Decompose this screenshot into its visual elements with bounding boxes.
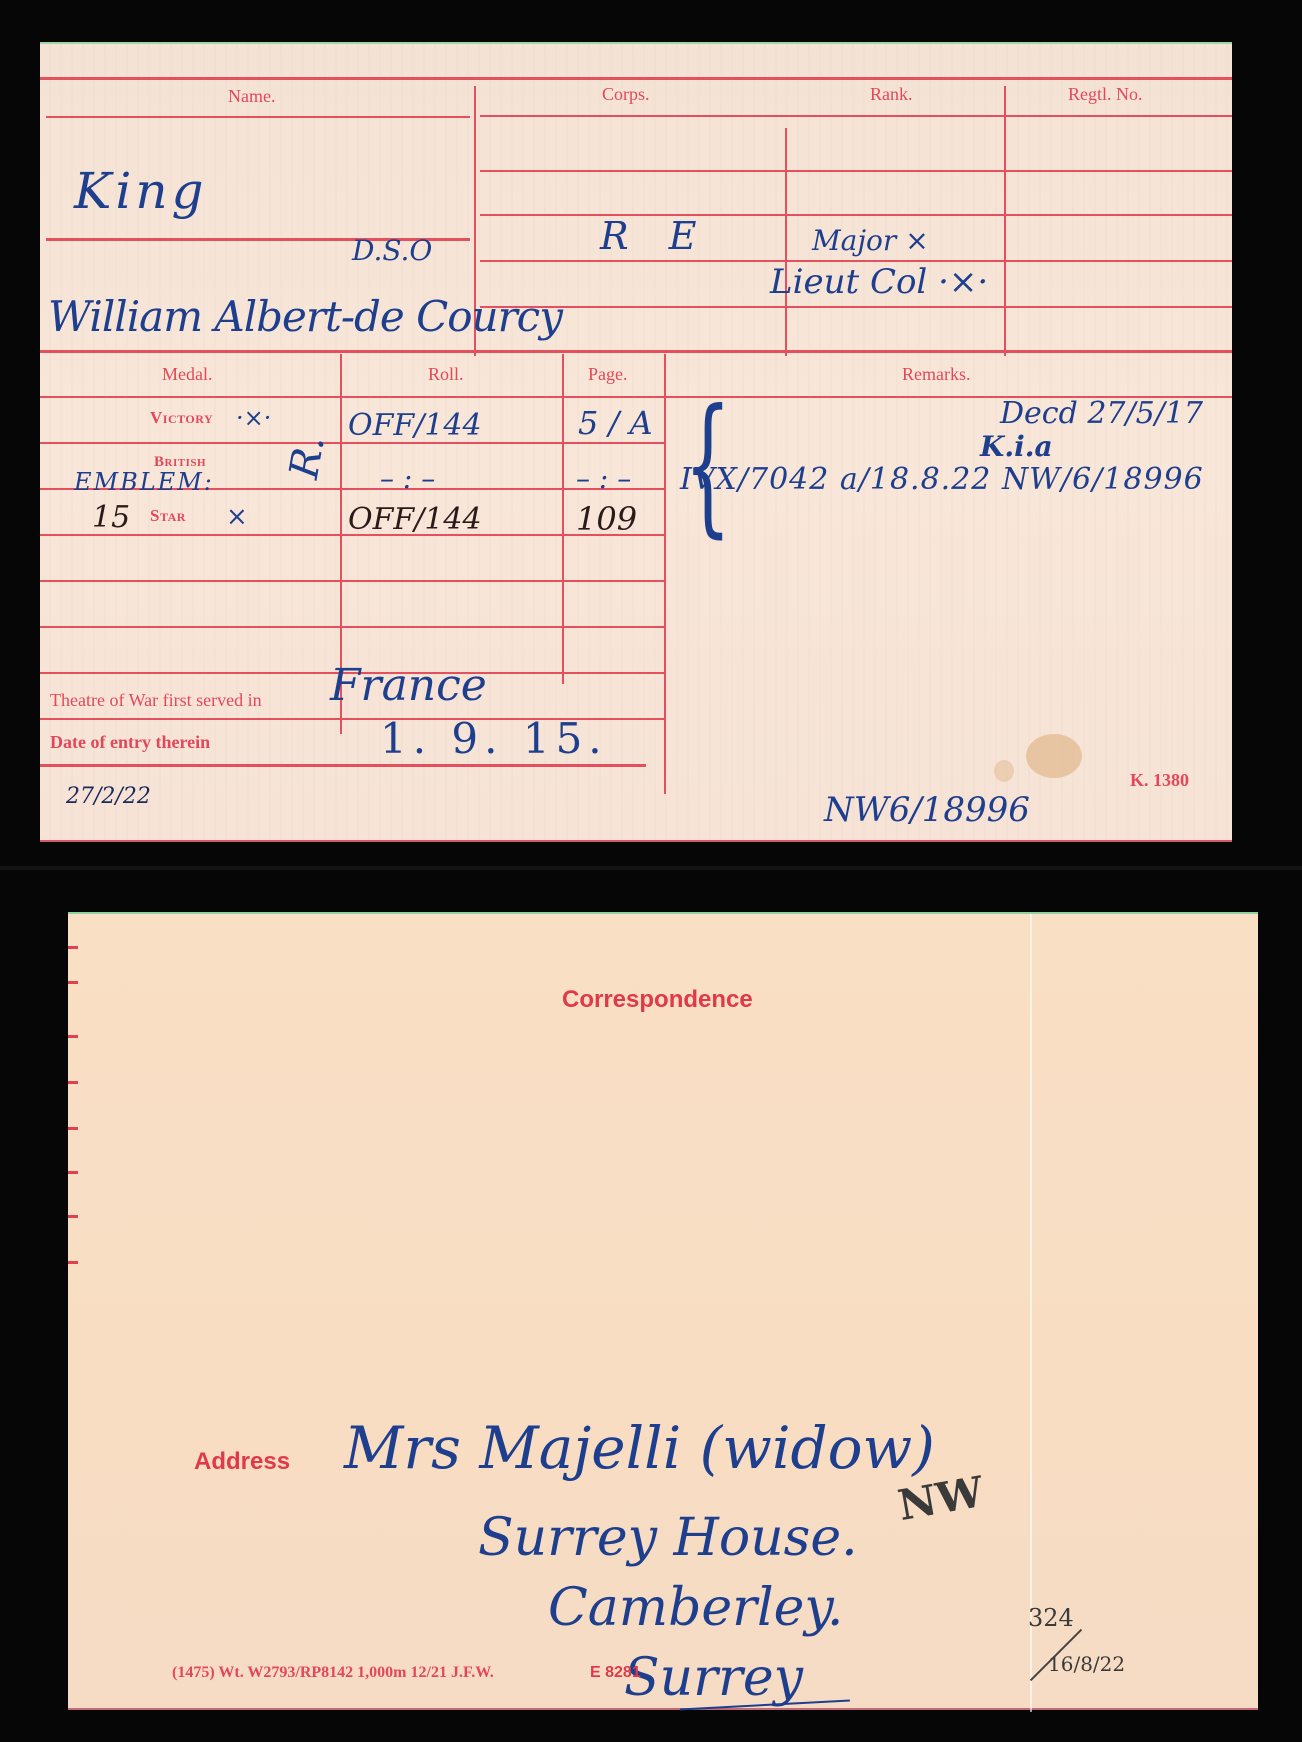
side-annotation: R.	[281, 432, 334, 482]
panel-divider	[0, 866, 1302, 870]
theatre-value: France	[330, 660, 487, 711]
header-roll: Roll.	[428, 364, 464, 385]
margin-tick	[68, 1171, 78, 1174]
medal-victory-label: Victory	[150, 408, 213, 428]
stain-small	[994, 760, 1014, 782]
grid-rule-1	[480, 115, 1232, 117]
medal-british-roll: – : –	[380, 462, 435, 495]
margin-tick	[68, 981, 78, 984]
medal-index-card: Name. Corps. Rank. Regtl. No. King D.S.O…	[40, 42, 1232, 842]
medal-star-prefix: 15	[92, 500, 130, 535]
medal-rule-5	[40, 626, 664, 628]
grid-rule-2	[480, 170, 1232, 172]
remarks-line-1: Decd 27/5/17	[1000, 396, 1203, 431]
margin-tick	[68, 1035, 78, 1038]
medal-rule-4	[40, 580, 664, 582]
divider-rank-regtl	[1004, 86, 1006, 356]
medal-victory-page: 5 / A	[578, 404, 653, 442]
divider-corps-rank	[785, 128, 787, 356]
medal-victory-mark: ·×·	[236, 404, 271, 432]
name-rule-1	[46, 116, 470, 118]
medal-star-label: Star	[150, 506, 186, 526]
medal-victory-roll: OFF/144	[348, 408, 482, 443]
top-rule	[40, 77, 1232, 80]
surname: King	[74, 162, 208, 220]
correspondence-card: Correspondence Address Mrs Majelli (wido…	[68, 912, 1258, 1710]
header-corps: Corps.	[602, 84, 650, 105]
pencil-note-top: 324	[1028, 1604, 1074, 1632]
address-line-1: Mrs Majelli (widow)	[344, 1414, 935, 1482]
fold-line	[1030, 914, 1032, 1712]
margin-tick	[68, 946, 78, 949]
footer-reference: NW6/18996	[824, 790, 1030, 830]
medal-rule-8	[40, 764, 646, 767]
date-entry-label: Date of entry therein	[50, 732, 210, 753]
stain	[1026, 734, 1082, 778]
medal-star-roll: OFF/144	[348, 502, 482, 537]
medal-british-page: – : –	[576, 462, 631, 495]
grid-rule-3	[480, 214, 1232, 216]
header-rank: Rank.	[870, 84, 913, 105]
printer-line: (1475) Wt. W2793/RP8142 1,000m 12/21 J.F…	[172, 1664, 494, 1682]
grid-rule-5	[480, 306, 1232, 308]
remarks-line-3: IVX/7042 a/18.8.22 NW/6/18996	[680, 462, 1204, 497]
remarks-line-2: K.i.a	[980, 430, 1053, 463]
address-label: Address	[194, 1448, 290, 1476]
form-number: K. 1380	[1130, 770, 1189, 791]
header-page: Page.	[588, 364, 628, 385]
footer-date: 27/2/22	[66, 784, 151, 809]
medal-british-annotation: EMBLEM:	[74, 468, 214, 496]
divider-roll-page	[562, 354, 564, 684]
margin-tick	[68, 1081, 78, 1084]
pencil-note-bottom: 16/8/22	[1048, 1652, 1125, 1676]
address-line-3: Camberley.	[548, 1578, 843, 1638]
divider-page-remarks	[664, 354, 666, 794]
corps-value: R E	[600, 214, 710, 258]
medal-star-page: 109	[576, 500, 637, 538]
section-rule	[40, 350, 1232, 353]
margin-tick	[68, 1215, 78, 1218]
correspondence-title: Correspondence	[562, 986, 753, 1014]
date-entry-value: 1. 9. 15.	[380, 714, 608, 763]
header-name: Name.	[228, 86, 275, 107]
rank-value-2: Lieut Col ·×·	[770, 262, 988, 302]
header-remarks: Remarks.	[902, 364, 970, 385]
theatre-label: Theatre of War first served in	[50, 690, 262, 711]
rank-value-1: Major ×	[812, 224, 929, 257]
margin-tick	[68, 1261, 78, 1264]
address-line-4: Surrey	[624, 1648, 803, 1708]
margin-tick	[68, 1127, 78, 1130]
header-medal: Medal.	[162, 364, 212, 385]
header-regtl-no: Regtl. No.	[1068, 84, 1143, 105]
honours: D.S.O	[352, 234, 432, 267]
medal-star-mark: ×	[226, 502, 248, 532]
forenames: William Albert-de Courcy	[48, 292, 562, 341]
printer-code: E 8281	[590, 1664, 641, 1682]
address-line-2: Surrey House.	[478, 1508, 858, 1568]
